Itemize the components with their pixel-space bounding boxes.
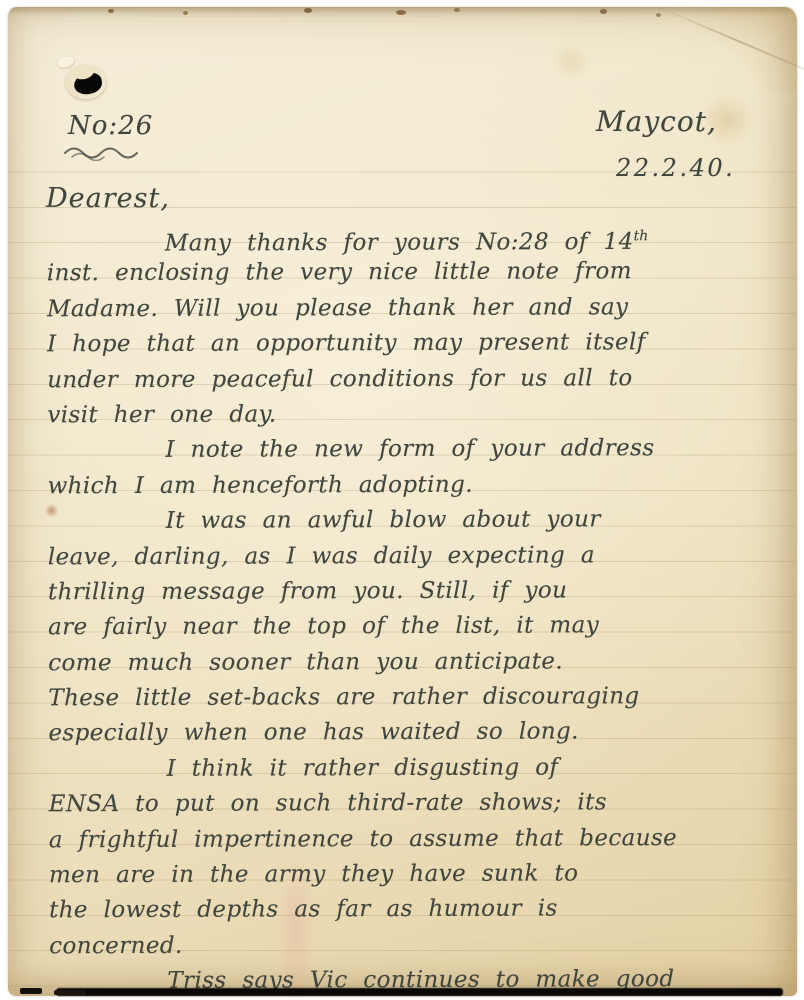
ordinal-suffix: th: [634, 228, 649, 244]
letter-line: are fairly near the top of the list, it …: [48, 608, 772, 646]
letter-line: leave, darling, as I was daily expecting…: [48, 537, 772, 575]
letter-line: concerned.: [49, 927, 773, 965]
letter-line: under more peaceful conditions for us al…: [47, 360, 771, 398]
foxing-spot: [108, 9, 114, 13]
letter-line: Many thanks for yours No:28 of 14th: [47, 219, 771, 257]
paper-tear: [57, 55, 75, 70]
foxing-spot: [454, 8, 460, 12]
foxing-spot: [656, 13, 661, 17]
letter-line: men are in the army they have sunk to: [49, 856, 773, 894]
letter-line: It was an awful blow about your: [48, 502, 772, 540]
letter-page: No:26 Maycot, 22.2.40. Dearest, Many tha…: [8, 7, 797, 996]
scan-speck: [20, 988, 42, 994]
foxing-spot: [304, 8, 312, 13]
wavy-underline: [62, 145, 146, 161]
line-text: Many thanks for yours No:28 of 14: [165, 229, 634, 257]
date-line: 22.2.40.: [616, 154, 735, 182]
foxing-spot: [396, 10, 406, 15]
tan-stain: [548, 47, 594, 77]
fold-corner-shade: [687, 7, 797, 92]
scanned-letter: No:26 Maycot, 22.2.40. Dearest, Many tha…: [0, 0, 804, 1000]
letter-line: I hope that an opportunity may present i…: [47, 325, 771, 363]
place-line: Maycot,: [596, 105, 717, 138]
letter-body: Many thanks for yours No:28 of 14th inst…: [47, 219, 774, 1000]
foxing-spot: [183, 11, 188, 15]
salutation: Dearest,: [46, 183, 170, 214]
letter-line: a frightful impertinence to assume that …: [49, 820, 773, 858]
letter-line: I think it rather disgusting of: [48, 750, 772, 788]
letter-line: the lowest depths as far as humour is: [49, 891, 773, 929]
scan-bottom-shadow: [56, 988, 783, 996]
letter-line: ENSA to put on such third-rate shows; it…: [49, 785, 773, 823]
letter-line: thrilling message from you. Still, if yo…: [48, 573, 772, 611]
foxing-spot: [600, 9, 607, 14]
scan-speck: [54, 990, 86, 995]
letter-line: I note the new form of your address: [47, 431, 771, 469]
letter-line: inst. enclosing the very nice little not…: [47, 254, 771, 292]
letter-number: No:26: [68, 111, 153, 141]
letter-line: especially when one has waited so long.: [48, 714, 772, 752]
letter-line: These little set-backs are rather discou…: [48, 679, 772, 717]
letter-line: which I am henceforth adopting.: [48, 466, 772, 504]
letter-line: visit her one day.: [47, 396, 771, 434]
letter-line: Madame. Will you please thank her and sa…: [47, 290, 771, 328]
letter-line: come much sooner than you anticipate.: [48, 643, 772, 681]
